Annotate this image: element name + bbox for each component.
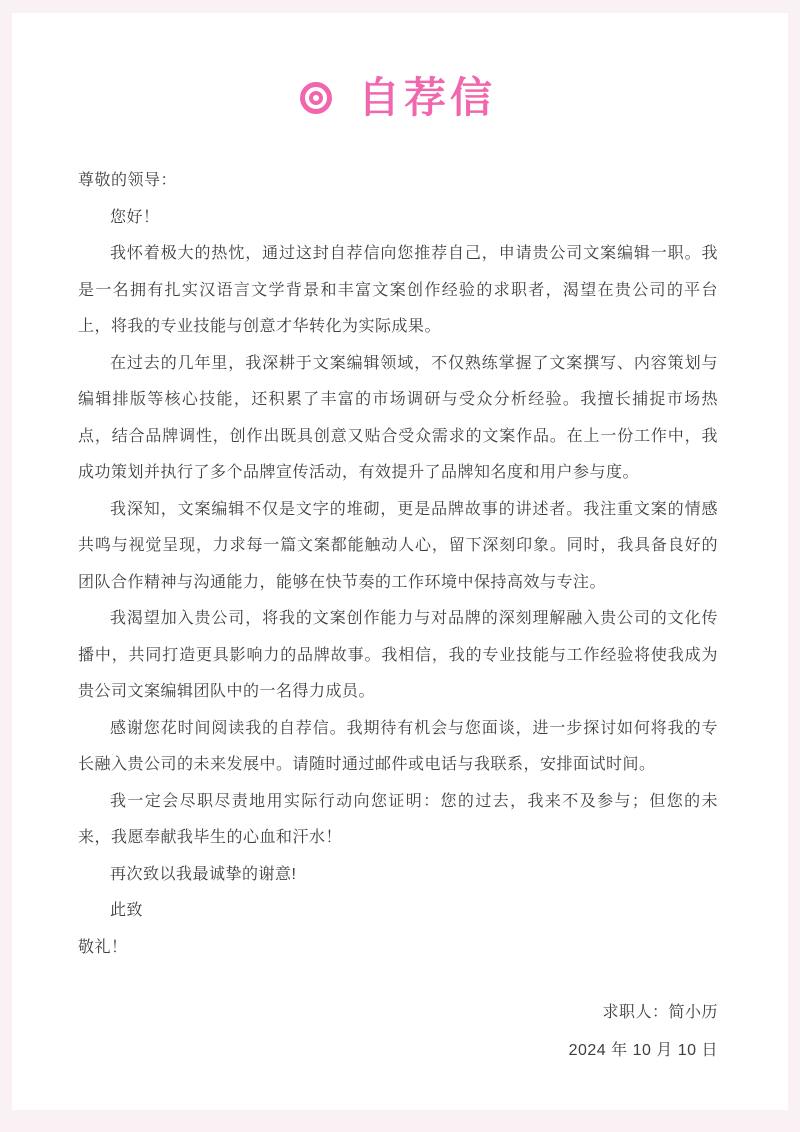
signature-block: 求职人：简小历 2024 年 10 月 10 日 [78,994,718,1070]
paragraph-4: 我渴望加入贵公司，将我的文案创作能力与对品牌的深刻理解融入贵公司的文化传播中，共… [78,601,718,711]
closing-cizhi: 此致 [78,893,718,930]
page-title: 自荐信 [78,75,718,121]
salutation: 尊敬的领导： [78,163,718,200]
closing-jingli: 敬礼！ [78,930,718,967]
paragraph-2: 在过去的几年里，我深耕于文案编辑领域，不仅熟练掌握了文案撰写、内容策划与编辑排版… [78,346,718,492]
signature-name: 求职人：简小历 [78,994,718,1032]
paragraph-3: 我深知，文案编辑不仅是文字的堆砌，更是品牌故事的讲述者。我注重文案的情感共鸣与视… [78,492,718,602]
closing-thanks: 再次致以我最诚挚的谢意! [78,857,718,894]
greeting: 您好！ [78,200,718,237]
target-icon-dot [309,91,323,105]
paragraph-6: 我一定会尽职尽责地用实际行动向您证明：您的过去，我来不及参与；但您的未来，我愿奉… [78,784,718,857]
signature-date: 2024 年 10 月 10 日 [78,1032,718,1070]
letter-body: 尊敬的领导： 您好！ 我怀着极大的热忱，通过这封自荐信向您推荐自己，申请贵公司文… [78,163,718,966]
page-title-text: 自荐信 [358,77,496,119]
letter-page: 自荐信 尊敬的领导： 您好！ 我怀着极大的热忱，通过这封自荐信向您推荐自己，申请… [12,13,788,1110]
paragraph-5: 感谢您花时间阅读我的自荐信。我期待有机会与您面谈，进一步探讨如何将我的专长融入贵… [78,711,718,784]
paragraph-1: 我怀着极大的热忱，通过这封自荐信向您推荐自己，申请贵公司文案编辑一职。我是一名拥… [78,236,718,346]
target-icon [300,82,332,114]
